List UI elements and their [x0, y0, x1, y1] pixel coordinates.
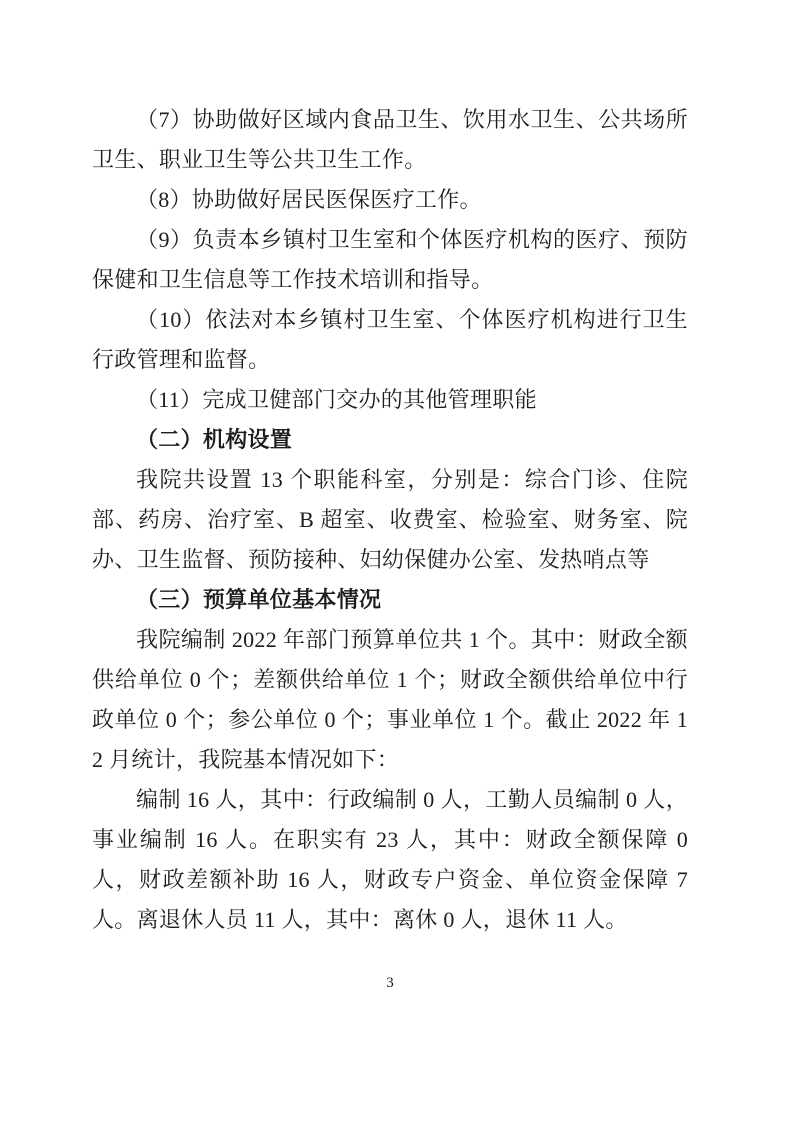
paragraph-budget-unit-detail: 我院编制 2022 年部门预算单位共 1 个。其中：财政全额供给单位 0 个；差…	[92, 620, 688, 780]
paragraph-organization-detail: 我院共设置 13 个职能科室，分别是：综合门诊、住院部、药房、治疗室、B 超室、…	[92, 460, 688, 580]
page-number: 3	[92, 973, 688, 993]
section-heading-organization: （二）机构设置	[92, 420, 688, 460]
paragraph-duty-9: （9）负责本乡镇村卫生室和个体医疗机构的医疗、预防保健和卫生信息等工作技术培训和…	[92, 220, 688, 300]
paragraph-staffing-detail: 编制 16 人，其中：行政编制 0 人，工勤人员编制 0 人，事业编制 16 人…	[92, 780, 688, 940]
paragraph-duty-11: （11）完成卫健部门交办的其他管理职能	[92, 380, 688, 420]
paragraph-duty-7: （7）协助做好区域内食品卫生、饮用水卫生、公共场所卫生、职业卫生等公共卫生工作。	[92, 100, 688, 180]
paragraph-duty-8: （8）协助做好居民医保医疗工作。	[92, 180, 688, 220]
section-heading-budget-unit: （三）预算单位基本情况	[92, 580, 688, 620]
document-body: （7）协助做好区域内食品卫生、饮用水卫生、公共场所卫生、职业卫生等公共卫生工作。…	[92, 100, 688, 940]
document-page: （7）协助做好区域内食品卫生、饮用水卫生、公共场所卫生、职业卫生等公共卫生工作。…	[0, 0, 793, 1122]
paragraph-duty-10: （10）依法对本乡镇村卫生室、个体医疗机构进行卫生行政管理和监督。	[92, 300, 688, 380]
